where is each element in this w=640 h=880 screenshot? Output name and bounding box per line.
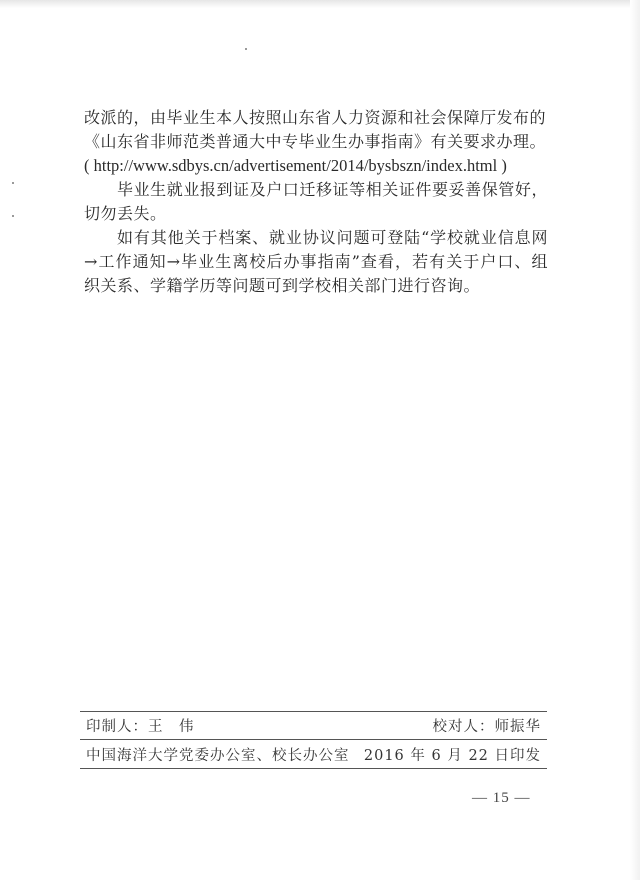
scan-speck <box>245 48 247 50</box>
paragraph-certificates: 毕业生就业报到证及户口迁移证等相关证件要妥善保管好，切勿丢失。 <box>84 178 548 226</box>
footer-row-signatures: 印制人：王 伟 校对人：师振华 <box>80 711 547 739</box>
proofreader-label: 校对人：师振华 <box>433 715 542 736</box>
scan-top-shadow <box>0 0 640 8</box>
paragraph-line: 《山东省非师范类普通大中专毕业生办事指南》有关要求办理。 <box>84 130 548 154</box>
scan-right-edge <box>630 0 640 880</box>
document-footer: 印制人：王 伟 校对人：师振华 中国海洋大学党委办公室、校长办公室 2016 年… <box>80 711 547 769</box>
issuer-name: 中国海洋大学党委办公室、校长办公室 <box>86 744 350 765</box>
printer-label: 印制人：王 伟 <box>86 715 195 736</box>
footer-row-issuer: 中国海洋大学党委办公室、校长办公室 2016 年 6 月 22 日印发 <box>80 739 547 769</box>
page-number: — 15 — <box>472 790 531 807</box>
paragraph-line: 改派的，由毕业生本人按照山东省人力资源和社会保障厅发布的 <box>84 106 548 130</box>
scan-speck <box>12 182 14 184</box>
guide-url: ( http://www.sdbys.cn/advertisement/2014… <box>84 154 548 178</box>
document-body: 改派的，由毕业生本人按照山东省人力资源和社会保障厅发布的 《山东省非师范类普通大… <box>84 106 548 298</box>
paragraph-inquiries: 如有其他关于档案、就业协议问题可登陆“学校就业信息网→工作通知→毕业生离校后办事… <box>84 226 548 298</box>
issue-date: 2016 年 6 月 22 日印发 <box>364 744 541 765</box>
scan-speck <box>12 215 14 217</box>
